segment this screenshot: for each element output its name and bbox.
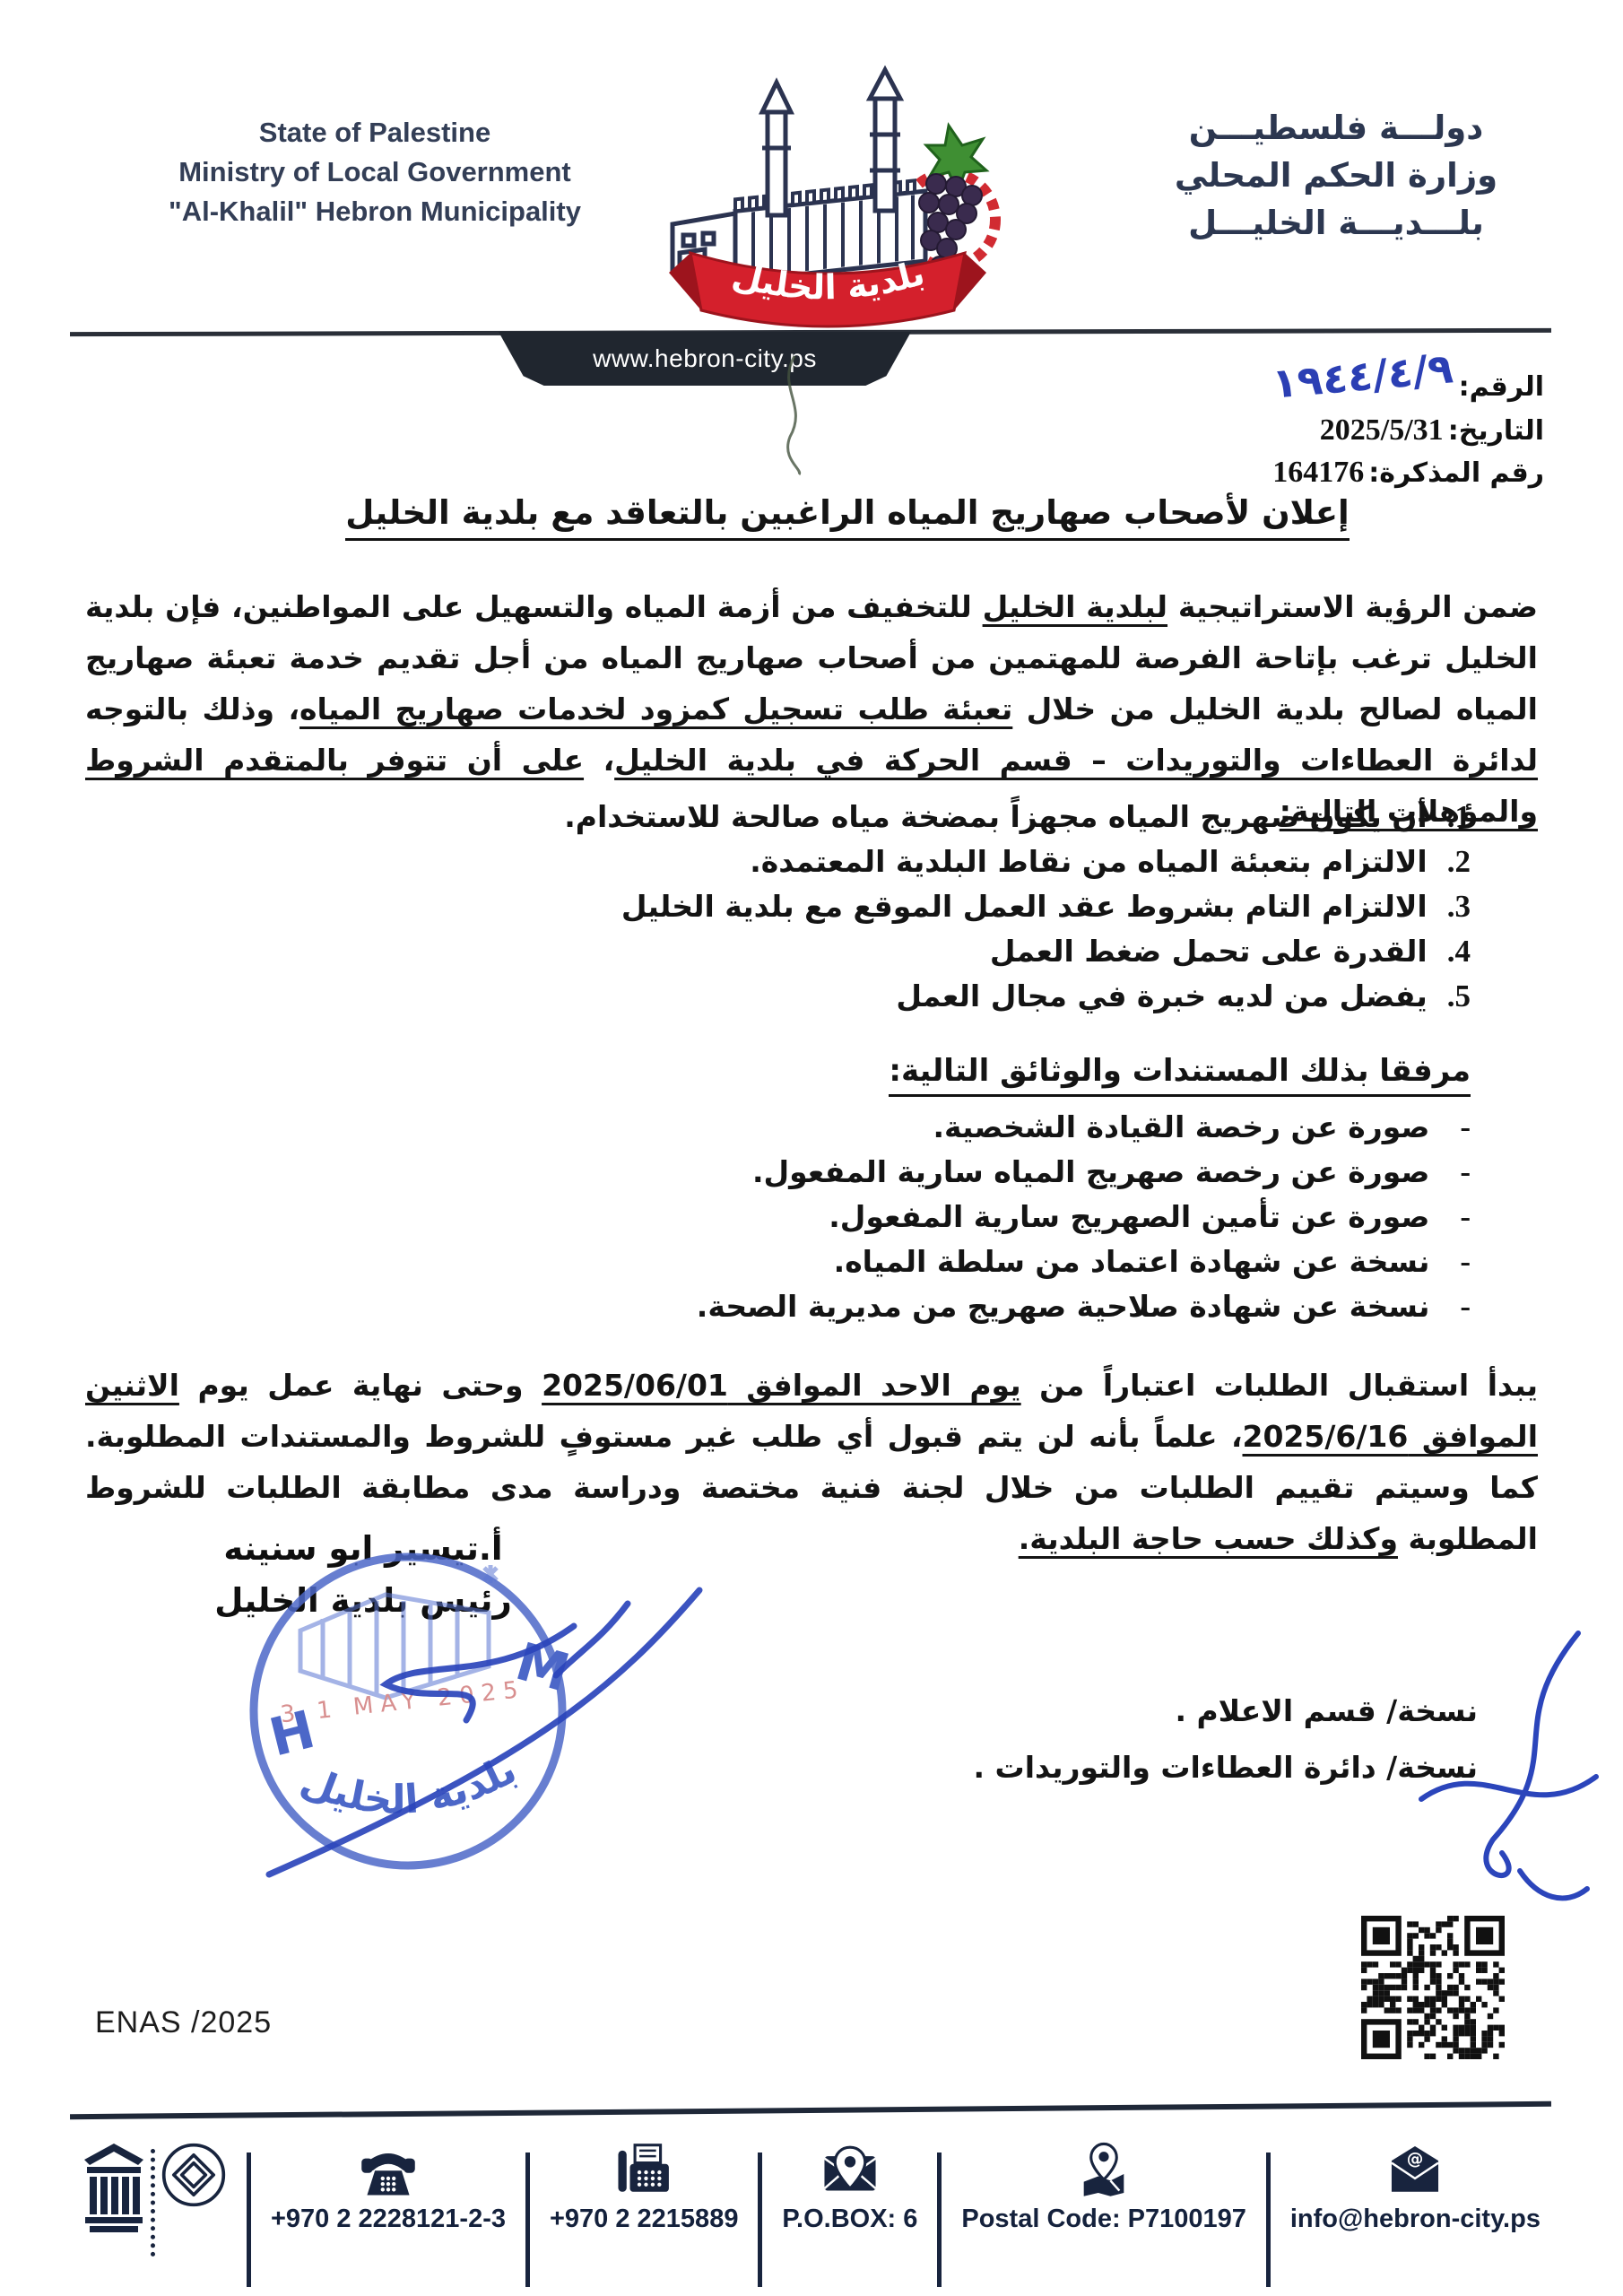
phone-number: +970 2 2228121-2-3 (271, 2205, 506, 2234)
list-number: 4. (1447, 934, 1471, 969)
fax-icon (616, 2142, 672, 2197)
map-pin-icon (1076, 2142, 1132, 2197)
list-number: 1. (1447, 799, 1471, 834)
condition-item: 3.الالتزام التام بشروط عقد العمل الموقع … (233, 884, 1471, 929)
list-item-text: يفضل من لديه خبرة في مجال العمل (896, 978, 1427, 1013)
text-segment: تعبئة طلب تسجيل كمزود لخدمات صهاريج المي… (299, 691, 1012, 726)
list-dash: - (1460, 1199, 1471, 1234)
footer: +970 2 2228121-2-3 +970 2 2215889 (82, 2142, 1541, 2287)
reference-code: ENAS /2025 (95, 2005, 272, 2040)
condition-item: 2.الالتزام بتعبئة المياه من نقاط البلدية… (233, 839, 1471, 884)
ref-date-value: 2025/5/31 (1320, 413, 1444, 447)
secondary-signature-scrawl (1385, 1620, 1623, 1916)
header-arabic: دولـــة فلسطيـــن وزارة الحكم المحلي بلـ… (1121, 104, 1551, 247)
pobox-text: P.O.BOX: 6 (782, 2205, 917, 2234)
footer-separator (247, 2152, 251, 2287)
footer-separator (525, 2152, 530, 2287)
documents-heading: مرفقا بذلك المستندات والوثائق التالية: (889, 1053, 1471, 1089)
list-item-text: نسخة عن شهادة اعتماد من سلطة المياه. (834, 1244, 1430, 1279)
text-segment: يبدأ استقبال الطلبات اعتباراً من (1021, 1368, 1538, 1403)
list-item-text: أن يكون صهريج المياه مجهزاً بمضخة مياه ص… (564, 799, 1428, 834)
header-en-line1: State of Palestine (79, 113, 671, 152)
document-page: State of Palestine Ministry of Local Gov… (0, 0, 1623, 2296)
list-item-text: الالتزام التام بشروط عقد العمل الموقع مع… (621, 889, 1428, 924)
document-item: -نسخة عن شهادة صلاحية صهريج من مديرية ال… (233, 1284, 1471, 1329)
document-item: -نسخة عن شهادة اعتماد من سلطة المياه. (233, 1239, 1471, 1284)
text-segment: ضمن الرؤية الاستراتيجية (1167, 589, 1538, 624)
hebron-municipality-emblem-icon: بلدية الخليل (653, 63, 1002, 336)
documents-list: -صورة عن رخصة القيادة الشخصية.-صورة عن ر… (233, 1105, 1471, 1329)
municipality-round-stamp: H M 3 1 MAY 2025 بلدية الخليل (197, 1541, 735, 1944)
phone-group: +970 2 2228121-2-3 (271, 2142, 506, 2234)
svg-text:بلدية الخليل: بلدية الخليل (295, 1747, 525, 1823)
email-group: @ info@hebron-city.ps (1290, 2142, 1541, 2234)
footer-separator (758, 2152, 762, 2287)
municipality-logo: بلدية الخليل (653, 63, 1002, 336)
svg-text:@: @ (1407, 2150, 1424, 2169)
ref-memo-label: رقم المذكرة: (1368, 457, 1544, 489)
list-dash: - (1460, 1289, 1471, 1324)
condition-item: 1.أن يكون صهريج المياه مجهزاً بمضخة مياه… (233, 795, 1471, 839)
list-item-text: صورة عن تأمين الصهريج سارية المفعول. (829, 1199, 1429, 1234)
ref-date-row: التاريخ: 2025/5/31 (1272, 413, 1544, 448)
website-banner: www.hebron-city.ps (499, 332, 911, 386)
stamp-arabic-name: بلدية الخليل (295, 1747, 525, 1823)
pobox-group: P.O.BOX: 6 (782, 2142, 917, 2234)
list-item-text: صورة عن رخصة صهريج المياه سارية المفعول. (752, 1154, 1429, 1189)
ref-number-handwritten-value: ١٩٤٤/٤/٩ (1271, 344, 1455, 407)
document-item: -صورة عن تأمين الصهريج سارية المفعول. (233, 1195, 1471, 1239)
unesco-dotted-divider (151, 2149, 155, 2257)
document-item: -صورة عن رخصة القيادة الشخصية. (233, 1105, 1471, 1150)
ref-number-row: الرقم: ١٩٤٤/٤/٩ (1272, 357, 1544, 405)
list-item-text: الالتزام بتعبئة المياه من نقاط البلدية ا… (750, 844, 1428, 879)
email-icon: @ (1387, 2142, 1443, 2197)
header-ar-line3: بلـــديـــة الخليـــل (1121, 199, 1551, 247)
unesco-logo-icon (82, 2142, 145, 2235)
condition-item: 5.يفضل من لديه خبرة في مجال العمل (233, 974, 1471, 1019)
list-dash: - (1460, 1109, 1471, 1144)
phone-icon (360, 2142, 416, 2197)
president-signature-scrawl (269, 1590, 699, 1874)
list-number: 3. (1447, 889, 1471, 924)
email-text: info@hebron-city.ps (1290, 2205, 1541, 2234)
mailbox-pin-icon (822, 2142, 878, 2197)
ref-date-label: التاريخ: (1448, 415, 1544, 447)
list-number: 2. (1447, 844, 1471, 879)
header-en-line3: "Al-Khalil" Hebron Municipality (79, 192, 671, 231)
postal-code-text: Postal Code: P7100197 (961, 2205, 1246, 2234)
text-segment: وحتى نهاية عمل يوم (179, 1368, 542, 1403)
list-item-text: صورة عن رخصة القيادة الشخصية. (933, 1109, 1429, 1144)
conditions-list: 1.أن يكون صهريج المياه مجهزاً بمضخة مياه… (233, 795, 1471, 1019)
ref-memo-value: 164176 (1272, 456, 1364, 489)
footer-separator (1266, 2152, 1271, 2287)
world-heritage-emblem-icon (161, 2142, 227, 2208)
text-segment: لبلدية الخليل (983, 589, 1167, 624)
text-segment: يوم الاحد الموافق 2025/06/01 (542, 1368, 1021, 1403)
ref-number-label: الرقم: (1459, 371, 1544, 403)
header-ar-line2: وزارة الحكم المحلي (1121, 152, 1551, 199)
unesco-cluster (82, 2142, 227, 2257)
pen-scribble-mark (768, 352, 839, 477)
text-segment: لدائرة العطاءات والتوريدات – قسم الحركة … (614, 743, 1538, 778)
list-item-text: القدرة على تحمل ضغط العمل (990, 934, 1428, 969)
list-number: 5. (1447, 978, 1471, 1013)
text-segment: وكذلك حسب حاجة البلدية. (1019, 1521, 1398, 1556)
text-segment: ، (584, 743, 614, 778)
postal-group: Postal Code: P7100197 (961, 2142, 1246, 2234)
header-en-line2: Ministry of Local Government (79, 152, 671, 192)
list-dash: - (1460, 1154, 1471, 1189)
reference-block: الرقم: ١٩٤٤/٤/٩ التاريخ: 2025/5/31 رقم ا… (1272, 357, 1544, 498)
document-item: -صورة عن رخصة صهريج المياه سارية المفعول… (233, 1150, 1471, 1195)
footer-divider-line (70, 2101, 1551, 2119)
footer-separator (937, 2152, 942, 2287)
header-english: State of Palestine Ministry of Local Gov… (79, 113, 671, 231)
announcement-title: إعلان لأصحاب صهاريج المياه الراغبين بالت… (161, 493, 1533, 532)
header-ar-line1: دولـــة فلسطيـــن (1121, 104, 1551, 152)
ref-memo-row: رقم المذكرة: 164176 (1272, 456, 1544, 490)
condition-item: 4.القدرة على تحمل ضغط العمل (233, 929, 1471, 974)
list-dash: - (1460, 1244, 1471, 1279)
fax-number: +970 2 2215889 (550, 2205, 738, 2234)
text-segment: ، وذلك بالتوجه (85, 691, 299, 726)
qr-code (1361, 1916, 1505, 2059)
list-item-text: نسخة عن شهادة صلاحية صهريج من مديرية الص… (697, 1289, 1430, 1324)
fax-group: +970 2 2215889 (550, 2142, 738, 2234)
